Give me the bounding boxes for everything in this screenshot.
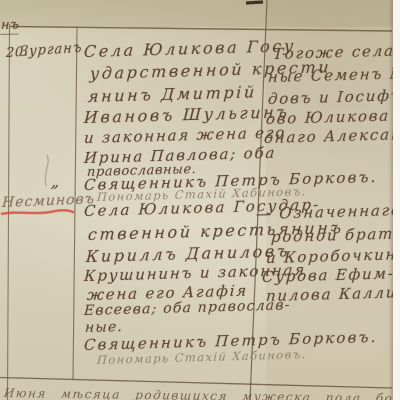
record-2-main-line: ные. (85, 319, 124, 336)
pencil-scribble (45, 155, 48, 186)
prev-row-tail-text: нъ (0, 17, 19, 35)
record-2-witness-line: родной брат (270, 225, 394, 246)
scan-edge-strip (393, 0, 400, 400)
red-pencil-underline (1, 210, 74, 214)
record-1-witness-line: Тогоже села (272, 42, 395, 63)
record-1-witness-line: ные Семенъ Мар- (267, 63, 400, 86)
ditto-mark: „ (50, 172, 62, 191)
prev-row-tail: нъ (1, 17, 20, 33)
scanned-metric-book-page: нъ 20. Зурганъ Села Юликова Госу ударств… (0, 0, 400, 400)
record-1-witness-line: довъ и Іосифъ (267, 86, 400, 108)
ink-blot (246, 2, 263, 3)
record-1-witness-line: онаго Александ- (263, 125, 400, 147)
record-1-witness-line: ово Юликова у- (265, 106, 400, 128)
record-2-witness-line: пилова Калли- (265, 283, 400, 305)
record-2-witness-line: Сурова Ефим- (261, 264, 395, 286)
